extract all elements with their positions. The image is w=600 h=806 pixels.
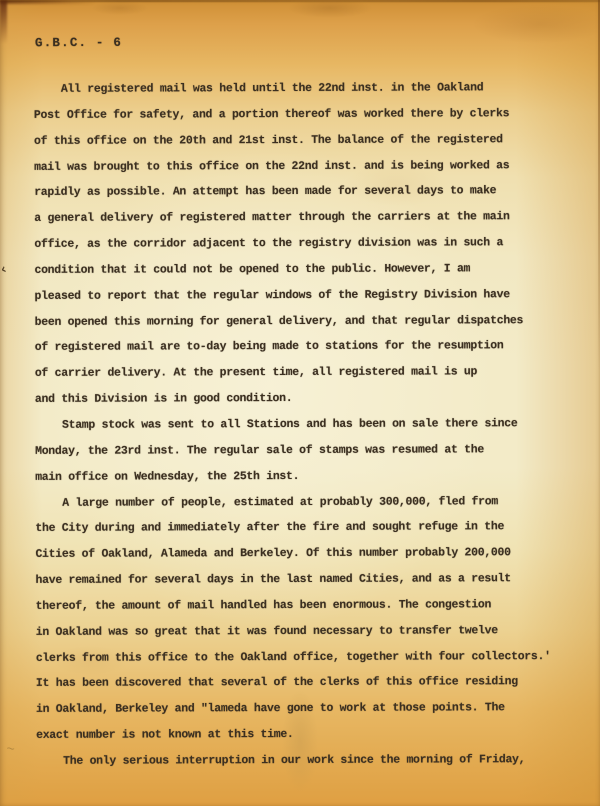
text-line: pleased to report that the regular windo… xyxy=(35,282,550,310)
text-line: condition that it could not be opened to… xyxy=(34,256,549,284)
page-header: G.B.C. - 6 xyxy=(35,36,122,50)
text-line: thereof, the amount of mail handled has … xyxy=(36,592,551,620)
text-line: been opened this morning for general del… xyxy=(35,308,550,336)
text-line: a general delivery of registered matter … xyxy=(34,204,549,232)
text-line: It has been discovered that several of t… xyxy=(36,670,551,698)
text-line: office, as the corridor adjacent to the … xyxy=(34,230,549,258)
text-line: and this Division is in good condition. xyxy=(35,385,550,413)
text-line: Stamp stock was sent to all Stations and… xyxy=(35,411,550,439)
pen-check-mark-icon: ‹ xyxy=(0,261,8,278)
text-line: main office on Wednesday, the 25th inst. xyxy=(35,463,550,491)
text-line: Cities of Oakland, Alameda and Berkeley.… xyxy=(35,540,550,568)
text-line: Post Office for safety, and a portion th… xyxy=(34,101,549,129)
paper-corner-stain-horizontal xyxy=(0,0,95,4)
text-line: of registered mail are to-day being made… xyxy=(35,334,550,362)
text-line: in Oakland, Berkeley and "lameda have go… xyxy=(36,695,551,723)
text-line: A large number of people, estimated at p… xyxy=(35,489,550,517)
text-line: mail was brought to this office on the 2… xyxy=(34,153,549,181)
text-line: in Oakland was so great that it was foun… xyxy=(36,618,551,646)
document-body: All registered mail was held until the 2… xyxy=(34,75,551,775)
text-line: rapidly as possible. An attempt has been… xyxy=(34,178,549,206)
document-page: ‹ ~ G.B.C. - 6 All registered mail was h… xyxy=(0,0,600,806)
text-line: the City during and immediately after th… xyxy=(35,514,550,542)
text-line: have remained for several days in the la… xyxy=(35,566,550,594)
text-line: exact number is not known at this time. xyxy=(36,721,551,749)
text-line: All registered mail was held until the 2… xyxy=(34,75,549,103)
paper-corner-stain xyxy=(0,0,7,44)
text-line: Monday, the 23rd inst. The regular sale … xyxy=(35,437,550,465)
faint-smudge-mark-icon: ~ xyxy=(5,741,16,755)
text-line: of this office on the 20th and 21st inst… xyxy=(34,127,549,155)
text-line: clerks from this office to the Oakland o… xyxy=(36,644,551,672)
text-line: of carrier delivery. At the present time… xyxy=(35,359,550,387)
text-line: The only serious interruption in our wor… xyxy=(36,747,551,775)
